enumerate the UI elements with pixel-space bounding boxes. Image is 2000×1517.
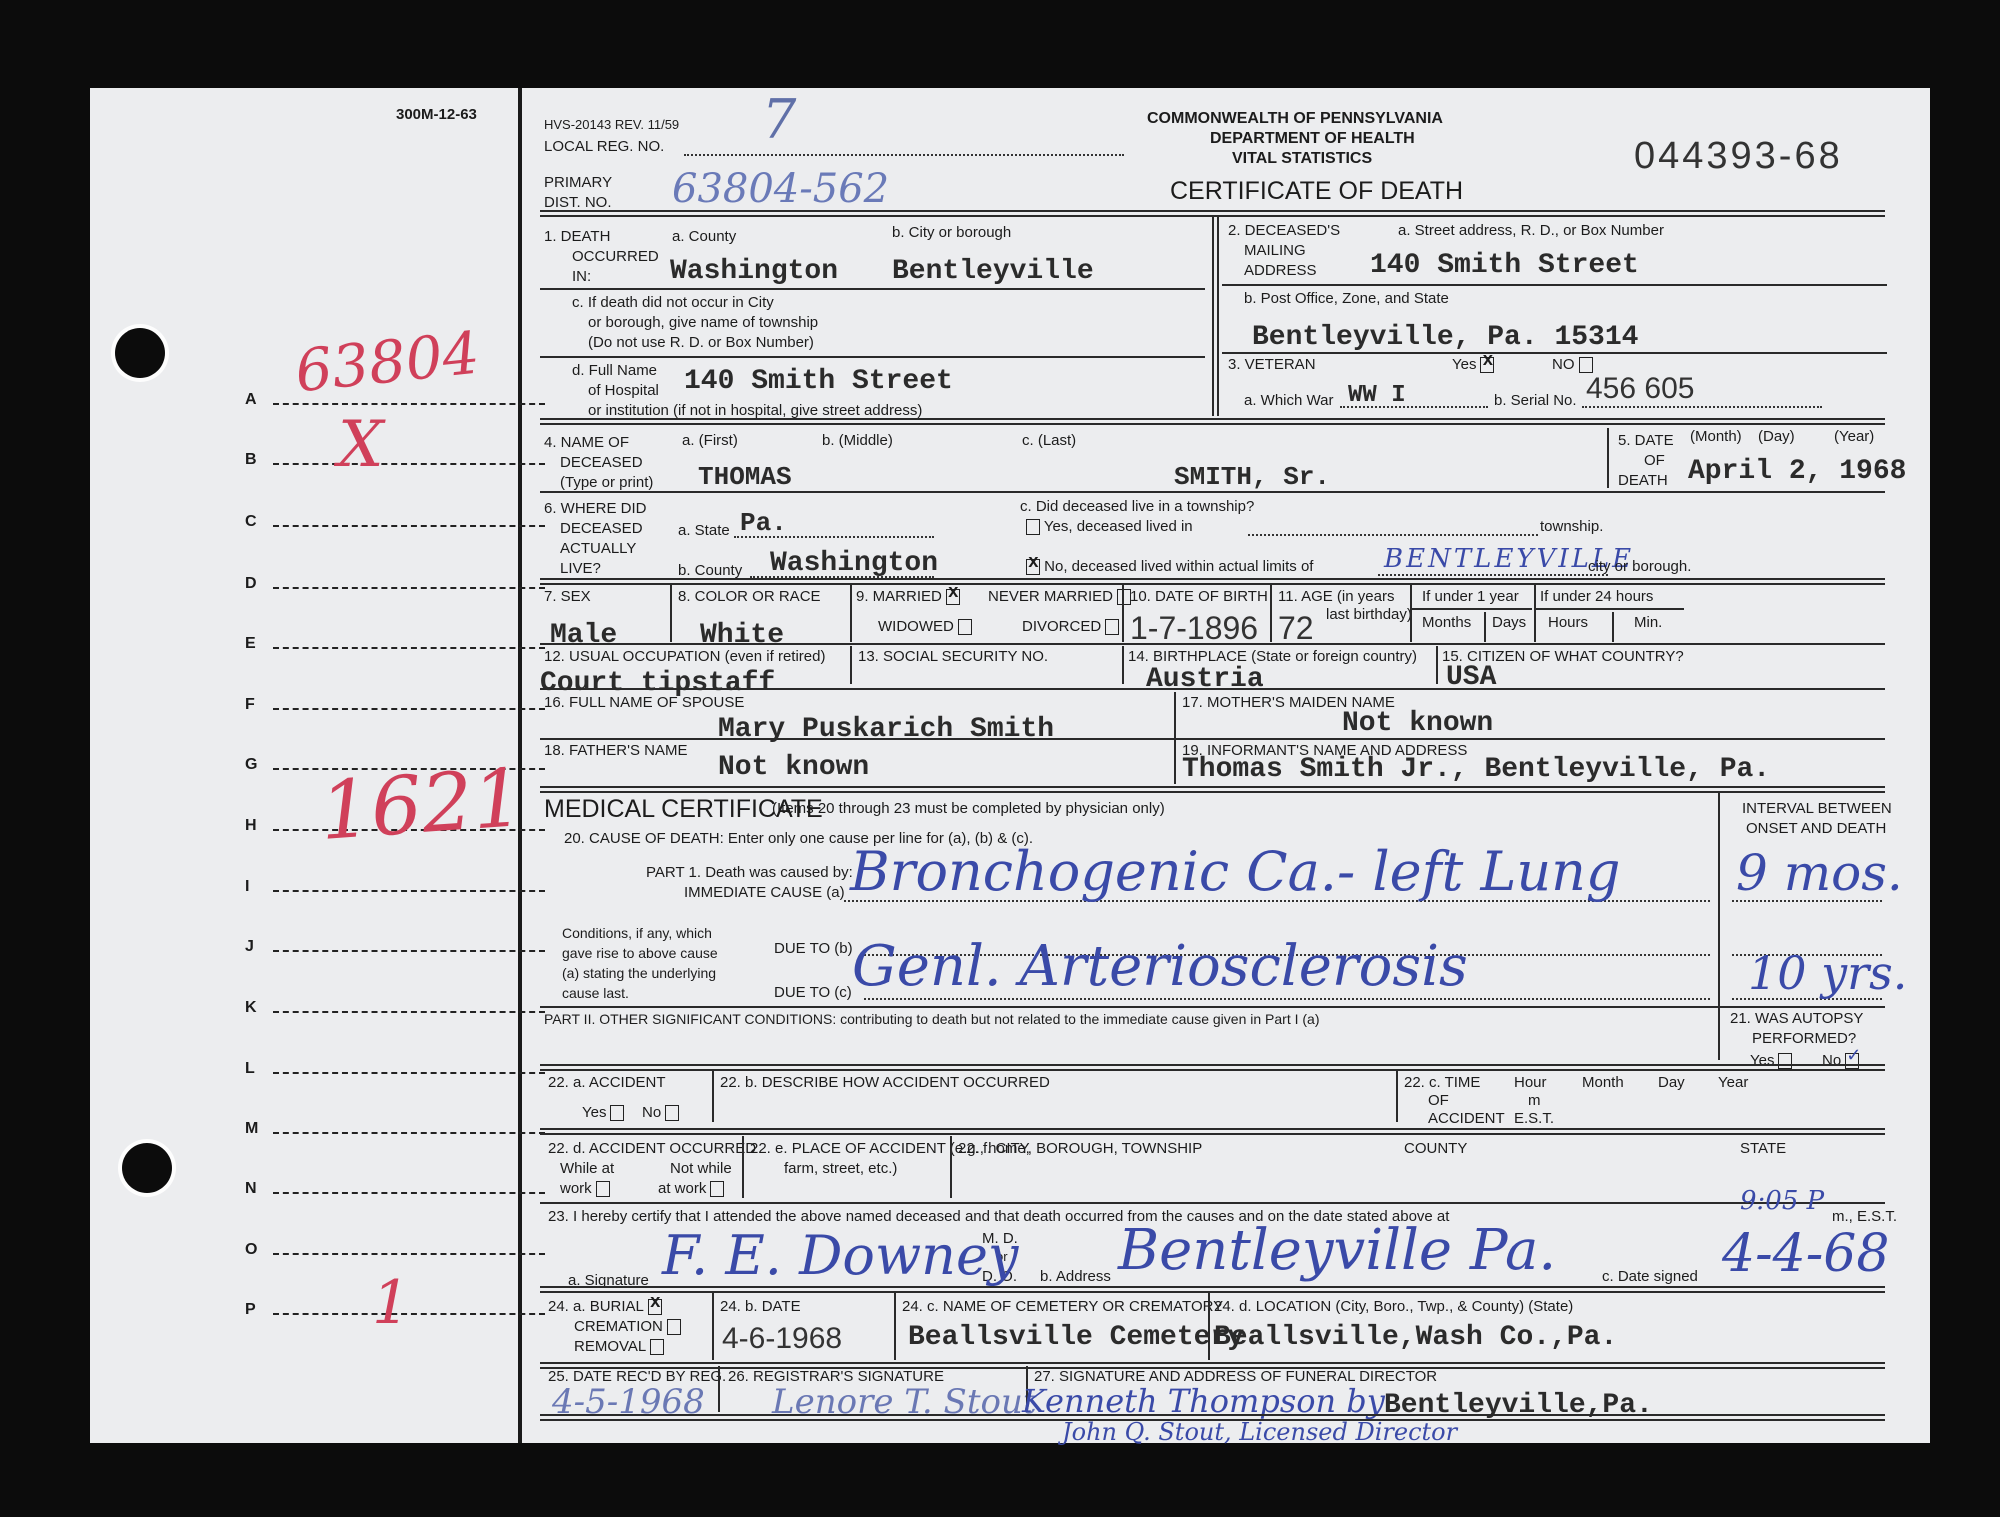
punch-hole-icon xyxy=(115,328,165,378)
time-of-death: 9:05 P xyxy=(1740,1186,1824,1216)
punch-hole-icon xyxy=(122,1143,172,1193)
checkbox-icon xyxy=(596,1181,610,1197)
veteran-yes[interactable]: Yes xyxy=(1452,356,1494,374)
stub-value-h: 1621 xyxy=(317,751,527,858)
removal-option[interactable]: REMOVAL xyxy=(574,1338,664,1356)
checkbox-icon xyxy=(648,1299,662,1315)
divorced-option[interactable]: DIVORCED xyxy=(1022,618,1119,636)
deceased-last-name: SMITH, Sr. xyxy=(1174,462,1330,492)
mailing-post-office: Bentleyville, Pa. 15314 xyxy=(1252,322,1638,353)
age-value: 72 xyxy=(1278,610,1314,646)
father-name: Not known xyxy=(718,752,869,783)
death-certificate: 300M-12-63 A B C D E F G H I J K L M N O… xyxy=(90,88,1930,1443)
residence-state: Pa. xyxy=(740,508,787,538)
mailing-street: 140 Smith Street xyxy=(1370,250,1639,281)
checkbox-icon xyxy=(946,589,960,605)
cemetery-name: Beallsville Cemetery xyxy=(908,1322,1244,1353)
not-at-work-option[interactable]: at work xyxy=(658,1180,724,1198)
physician-signature: F. E. Downey xyxy=(662,1224,1018,1287)
underlying-cause: Genl. Arteriosclerosis xyxy=(852,934,1468,999)
checkbox-icon xyxy=(1026,519,1040,535)
checkbox-icon xyxy=(1117,589,1131,605)
local-reg-label: LOCAL REG. NO. xyxy=(544,138,664,156)
cemetery-location: Beallsville,Wash Co.,Pa. xyxy=(1214,1322,1617,1353)
date-of-birth: 1-7-1896 xyxy=(1130,610,1258,646)
form-id: HVS-20143 REV. 11/59 xyxy=(544,116,679,134)
primary-dist-value: 63804-562 xyxy=(672,166,889,212)
checkbox-icon xyxy=(610,1105,624,1121)
immediate-cause: Bronchogenic Ca.- left Lung xyxy=(850,840,1620,903)
hospital-or-address: 140 Smith Street xyxy=(684,366,953,397)
which-war: WW I xyxy=(1348,382,1406,409)
serial-number: 456 605 xyxy=(1586,372,1694,406)
birthplace-value: Austria xyxy=(1146,664,1264,695)
agency-line-3: VITAL STATISTICS xyxy=(1232,150,1372,168)
residence-county: Washington xyxy=(770,548,938,579)
death-county: Washington xyxy=(670,256,838,287)
stub-value-p: 1 xyxy=(372,1268,410,1338)
informant-value: Thomas Smith Jr., Bentleyville, Pa. xyxy=(1182,754,1770,785)
accident-yes[interactable]: Yes xyxy=(582,1104,624,1122)
licensed-director: John Q. Stout, Licensed Director xyxy=(1062,1418,1457,1446)
checkbox-icon xyxy=(1105,619,1119,635)
death-city: Bentleyville xyxy=(892,256,1094,287)
checkbox-icon xyxy=(958,619,972,635)
widowed-option[interactable]: WIDOWED xyxy=(878,618,972,636)
burial-option[interactable]: 24. a. BURIAL xyxy=(548,1298,662,1316)
checkbox-icon xyxy=(710,1181,724,1197)
checkbox-icon xyxy=(650,1339,664,1355)
while-at-work-option[interactable]: work xyxy=(560,1180,610,1198)
checkbox-icon xyxy=(665,1105,679,1121)
certificate-number: 044393-68 xyxy=(1634,134,1843,178)
never-married-option[interactable]: NEVER MARRIED xyxy=(988,588,1131,606)
checkbox-icon xyxy=(1026,559,1040,575)
date-of-death: April 2, 1968 xyxy=(1688,456,1906,487)
stub-form-code: 300M-12-63 xyxy=(396,106,477,123)
index-stub: 300M-12-63 A B C D E F G H I J K L M N O… xyxy=(90,88,522,1443)
certificate-title: CERTIFICATE OF DEATH xyxy=(1170,176,1463,206)
date-signed: 4-4-68 xyxy=(1722,1224,1889,1284)
agency-line-1: COMMONWEALTH OF PENNSYLVANIA xyxy=(1147,110,1443,128)
race-value: White xyxy=(700,620,784,651)
married-option[interactable]: 9. MARRIED xyxy=(856,588,960,606)
primary-dist-label: PRIMARY xyxy=(544,174,612,192)
accident-no[interactable]: No xyxy=(642,1104,679,1122)
local-reg-value: 7 xyxy=(762,88,796,151)
burial-date: 4-6-1968 xyxy=(722,1322,842,1356)
spouse-name: Mary Puskarich Smith xyxy=(718,714,1054,745)
physician-address: Bentleyville Pa. xyxy=(1118,1218,1556,1283)
checkbox-icon xyxy=(667,1319,681,1335)
checkbox-icon xyxy=(1579,357,1593,373)
cremation-option[interactable]: CREMATION xyxy=(574,1318,681,1336)
deceased-first-name: THOMAS xyxy=(698,462,792,492)
mother-maiden-name: Not known xyxy=(1342,708,1493,739)
agency-line-2: DEPARTMENT OF HEALTH xyxy=(1210,130,1415,148)
checkbox-icon xyxy=(1480,357,1494,373)
certificate-form: HVS-20143 REV. 11/59 LOCAL REG. NO. 7 PR… xyxy=(522,88,1930,1443)
sex-value: Male xyxy=(550,620,617,651)
township-yes-option[interactable]: Yes, deceased lived in xyxy=(1022,518,1193,536)
township-no-option[interactable]: No, deceased lived within actual limits … xyxy=(1022,558,1313,576)
stub-value-b: X xyxy=(338,408,384,482)
immediate-interval: 9 mos. xyxy=(1736,844,1903,902)
underlying-interval: 10 yrs. xyxy=(1748,946,1907,1000)
